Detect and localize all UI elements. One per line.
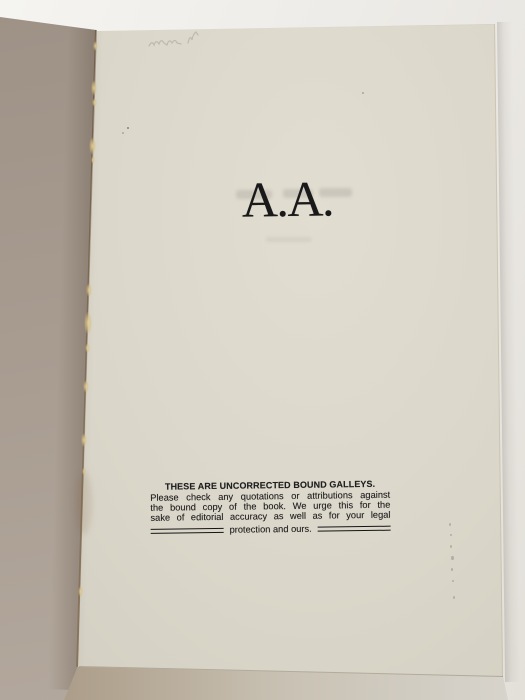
notice-last-line-row: protection and ours. — [151, 523, 391, 536]
galley-notice: THESE ARE UNCORRECTED BOUND GALLEYS. Ple… — [150, 479, 391, 536]
photo-backdrop: A.A. THESE ARE UNCORRECTED BOUND GALLEYS… — [0, 0, 525, 700]
notice-line: sake of editorial accuracy as well as fo… — [150, 510, 390, 524]
notice-rule-left — [151, 528, 224, 534]
notice-rule-right — [318, 526, 391, 532]
glue-spot — [89, 137, 96, 155]
glue-spot — [85, 343, 90, 353]
glue-spot — [91, 80, 97, 96]
glue-spot — [93, 41, 98, 51]
half-title-text: A.A. — [230, 173, 345, 224]
notice-last-line: protection and ours. — [229, 524, 311, 535]
glue-spot — [83, 380, 89, 393]
glue-spot — [81, 433, 87, 447]
glue-spot — [78, 586, 83, 597]
gutter-stain — [76, 472, 92, 534]
glue-spot — [86, 283, 92, 297]
glue-spot — [91, 156, 95, 164]
glue-spot — [84, 311, 92, 335]
glue-spot — [92, 98, 97, 107]
